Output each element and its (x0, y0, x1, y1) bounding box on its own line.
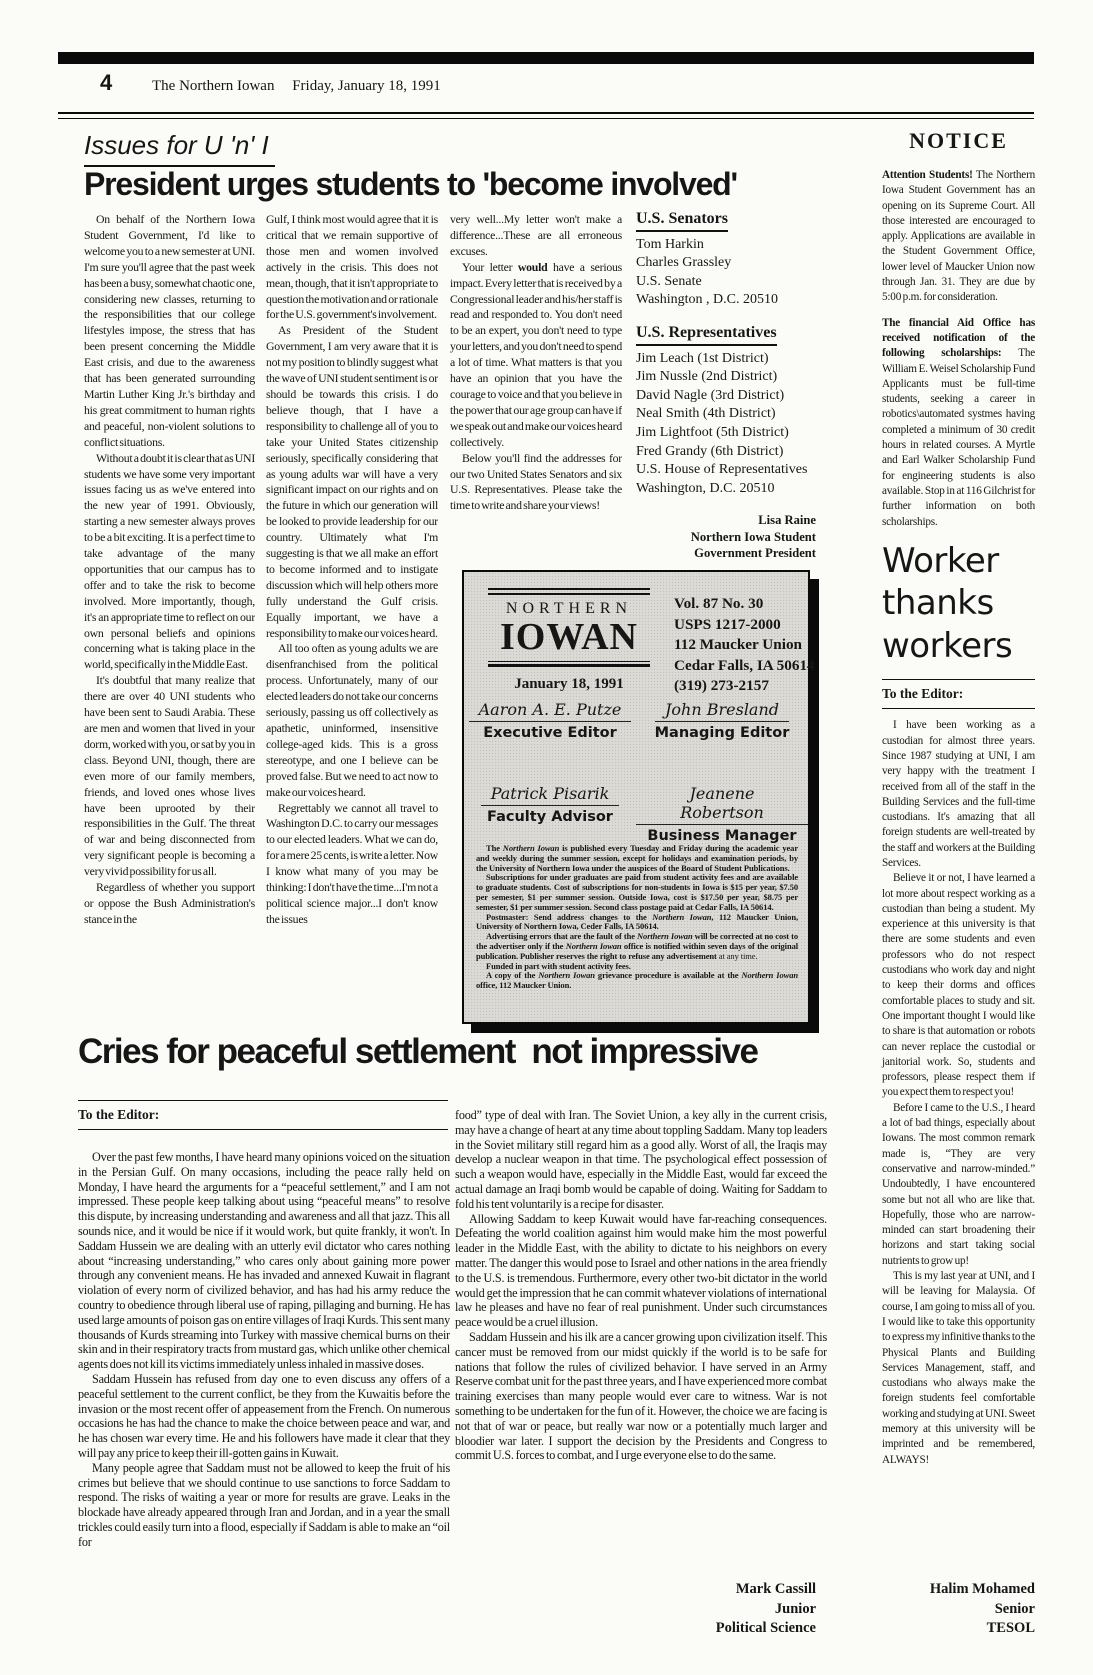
main-headline: President urges students to 'become invo… (84, 166, 737, 203)
cries-salutation-block: To the Editor: (78, 1100, 448, 1139)
senators-list: Tom HarkinCharles GrassleyU.S. SenateWas… (636, 236, 816, 310)
address-line: Tom Harkin (636, 236, 816, 255)
letter-paragraph: food” type of deal with Iran. The Soviet… (455, 1108, 827, 1212)
logo-iowan: IOWAN (488, 618, 650, 657)
text-segment: Northern Iowan (503, 843, 559, 853)
article-paragraph: Without a doubt it is clear that as UNI … (84, 451, 255, 674)
cries-headline: Cries for peaceful settlement not impres… (78, 1032, 757, 1072)
signature-line: Lisa Raine (636, 512, 816, 529)
issue-date: Friday, January 18, 1991 (292, 78, 441, 94)
cries-column-2: food” type of deal with Iran. The Soviet… (455, 1108, 827, 1463)
publication-info-line: Vol. 87 No. 30 (674, 594, 824, 615)
article-paragraph: Gulf, I think most would agree that it i… (266, 212, 438, 323)
staff-business-manager: Jeanene Robertson Business Manager (636, 784, 808, 844)
signature-line: Junior (640, 1600, 816, 1620)
text-segment: Northern Iowan (652, 912, 711, 922)
addresses-column: U.S. Senators Tom HarkinCharles Grassley… (636, 210, 816, 562)
text-segment: The (486, 843, 503, 853)
staff-title: Managing Editor (636, 725, 808, 741)
worker-letter-body: I have been working as a custodian for a… (882, 718, 1035, 1468)
publication-info-line: USPS 1217-2000 (674, 615, 824, 636)
article-paragraph: As President of the Student Government, … (266, 323, 438, 641)
text-segment: Northern Iowan (538, 970, 595, 980)
article-column-3: very well...My letter won't make a diffe… (450, 212, 622, 514)
notice-paragraph: Attention Students! The Northern Iowa St… (882, 168, 1035, 306)
staff-row-2: Patrick Pisarik Faculty Advisor Jeanene … (464, 784, 808, 844)
right-sidebar: NOTICE Attention Students! The Northern … (882, 128, 1035, 1468)
cries-salutation: To the Editor: (78, 1100, 448, 1130)
address-line: Jim Leach (1st District) (636, 350, 816, 369)
text-segment: Subscriptions for under graduates are pa… (476, 872, 798, 911)
letter-paragraph: Believe it or not, I have learned a lot … (882, 871, 1035, 1100)
text-segment: Northern Iowan (741, 970, 798, 980)
representatives-group: U.S. Representatives Jim Leach (1st Dist… (636, 324, 816, 498)
newspaper-page: 4 The Northern Iowan Friday, January 18,… (0, 0, 1093, 1675)
fine-print-paragraph: Advertising errors that are the fault of… (476, 932, 798, 961)
fine-print-paragraph: A copy of the Northern Iowan grievance p… (476, 971, 798, 991)
address-line: Washington, D.C. 20510 (636, 480, 816, 499)
publication-info-line: 112 Maucker Union (674, 635, 824, 656)
staff-title: Executive Editor (464, 725, 636, 741)
logo-top-rule (488, 588, 650, 595)
address-line: Jim Lightfoot (5th District) (636, 424, 816, 443)
worker-headline: Worker thanks workers (882, 540, 1035, 668)
text-segment: would (518, 260, 548, 274)
address-line: Charles Grassley (636, 254, 816, 273)
section-kicker: Issues for U 'n' I (84, 130, 275, 167)
signature-line: Mark Cassill (640, 1580, 816, 1600)
fine-print-paragraph: Postmaster: Send address changes to the … (476, 913, 798, 933)
letter-paragraph: Before I came to the U.S., I heard a lot… (882, 1101, 1035, 1269)
article-column-2: Gulf, I think most would agree that it i… (266, 212, 438, 928)
text-segment: grievance procedure is available at the (595, 970, 742, 980)
masthead-fine-print: The Northern Iowan is published every Tu… (476, 844, 798, 991)
folio-line: The Northern Iowan Friday, January 18, 1… (152, 78, 441, 95)
signature-line: TESOL (905, 1619, 1035, 1639)
paper-name: The Northern Iowan (152, 78, 274, 94)
representatives-list: Jim Leach (1st District)Jim Nussle (2nd … (636, 350, 816, 499)
article-paragraph: All too often as young adults we are dis… (266, 641, 438, 800)
address-line: Neal Smith (4th District) (636, 405, 816, 424)
article-paragraph: It's doubtful that many realize that the… (84, 673, 255, 880)
text-segment: Attention Students! (882, 169, 973, 181)
staff-name: Patrick Pisarik (481, 784, 620, 806)
text-segment: have a serious impact. Every letter that… (450, 260, 622, 449)
representatives-heading: U.S. Representatives (636, 324, 777, 346)
letter-paragraph: Saddam Hussein and his ilk are a cancer … (455, 1330, 827, 1463)
notice-title: NOTICE (882, 128, 1035, 154)
signature-line: Political Science (640, 1619, 816, 1639)
masthead-logo: NORTHERN IOWAN January 18, 1991 (488, 588, 650, 693)
masthead-box: NORTHERN IOWAN January 18, 1991 Vol. 87 … (462, 570, 810, 1024)
publication-info-line: (319) 273-2157 (674, 676, 824, 697)
staff-title: Business Manager (636, 828, 808, 844)
staff-name: John Bresland (655, 700, 789, 722)
notice-body: Attention Students! The Northern Iowa St… (882, 168, 1035, 530)
text-segment: Advertising errors that are the fault of… (486, 931, 637, 941)
signature-line: Halim Mohamed (905, 1580, 1035, 1600)
text-segment: The William E. Weisel Scholarship Fund A… (882, 347, 1035, 527)
address-line: Washington , D.C. 20510 (636, 291, 816, 310)
staff-faculty-advisor: Patrick Pisarik Faculty Advisor (464, 784, 636, 844)
text-segment: Northern Iowan (637, 931, 693, 941)
letter-signature-cassill: Mark CassillJuniorPolitical Science (640, 1580, 816, 1639)
fine-print-paragraph: The Northern Iowan is published every Tu… (476, 844, 798, 873)
letter-paragraph: Many people agree that Saddam must not b… (78, 1461, 450, 1550)
text-segment: A copy of the (486, 970, 538, 980)
double-rule (58, 112, 1034, 119)
signature-line: Senior (905, 1600, 1035, 1620)
text-segment: Northern Iowan (566, 941, 622, 951)
text-segment: The Northern Iowa Student Government has… (882, 169, 1035, 303)
text-segment: at any time. (719, 951, 758, 961)
publication-info-line: Cedar Falls, IA 50614 (674, 656, 824, 677)
page-number: 4 (100, 70, 112, 96)
letter-paragraph: Saddam Hussein has refused from day one … (78, 1372, 450, 1461)
text-segment: Funded in part with student activity fee… (486, 961, 631, 971)
address-line: U.S. House of Representatives (636, 461, 816, 480)
logo-bottom-rule (488, 661, 650, 667)
logo-date: January 18, 1991 (488, 676, 650, 693)
staff-managing-editor: John Bresland Managing Editor (636, 700, 808, 741)
address-line: Jim Nussle (2nd District) (636, 368, 816, 387)
worker-salutation: To the Editor: (882, 679, 1035, 709)
article-paragraph: Below you'll find the addresses for our … (450, 451, 622, 515)
article-paragraph: Regardless of whether you support or opp… (84, 880, 255, 928)
notice-paragraph: The financial Aid Office has received no… (882, 316, 1035, 530)
cries-column-1: Over the past few months, I have heard m… (78, 1150, 450, 1550)
address-line: Fred Grandy (6th District) (636, 443, 816, 462)
article-paragraph: Regrettably we cannot all travel to Wash… (266, 801, 438, 928)
article-column-1: On behalf of the Northern Iowa Student G… (84, 212, 255, 928)
address-line: David Nagle (3rd District) (636, 387, 816, 406)
article-paragraph: very well...My letter won't make a diffe… (450, 212, 622, 260)
article-paragraph: On behalf of the Northern Iowa Student G… (84, 212, 255, 451)
staff-title: Faculty Advisor (464, 809, 636, 825)
letter-paragraph: This is my last year at UNI, and I will … (882, 1269, 1035, 1468)
signature-line: Northern Iowa Student (636, 529, 816, 546)
letter-signature-raine: Lisa RaineNorthern Iowa StudentGovernmen… (636, 512, 816, 562)
text-segment: office, 112 Maucker Union. (476, 980, 571, 990)
letter-paragraph: Over the past few months, I have heard m… (78, 1150, 450, 1372)
staff-row-1: Aaron A. E. Putze Executive Editor John … (464, 700, 808, 741)
article-paragraph: Your letter would have a serious impact.… (450, 260, 622, 451)
fine-print-paragraph: Subscriptions for under graduates are pa… (476, 873, 798, 912)
publication-info: Vol. 87 No. 30USPS 1217-2000112 Maucker … (674, 594, 824, 697)
letter-signature-mohamed: Halim MohamedSeniorTESOL (905, 1580, 1035, 1639)
top-black-rule (58, 52, 1034, 64)
senators-heading: U.S. Senators (636, 210, 728, 232)
signature-line: Government President (636, 545, 816, 562)
letter-paragraph: I have been working as a custodian for a… (882, 718, 1035, 871)
letter-paragraph: Allowing Saddam to keep Kuwait would hav… (455, 1212, 827, 1330)
text-segment: Your letter (462, 260, 518, 274)
staff-name: Jeanene Robertson (636, 784, 808, 825)
address-line: U.S. Senate (636, 273, 816, 292)
senators-group: U.S. Senators Tom HarkinCharles Grassley… (636, 210, 816, 310)
staff-executive-editor: Aaron A. E. Putze Executive Editor (464, 700, 636, 741)
text-segment: Postmaster: Send address changes to the (486, 912, 652, 922)
staff-name: Aaron A. E. Putze (469, 700, 632, 722)
